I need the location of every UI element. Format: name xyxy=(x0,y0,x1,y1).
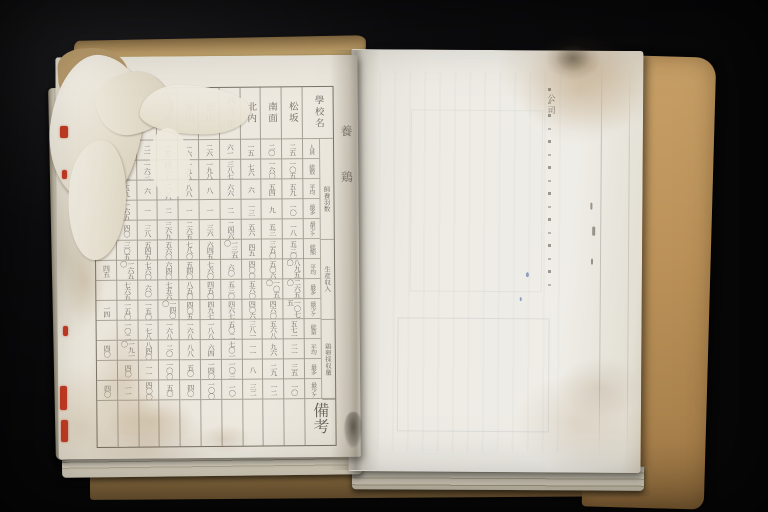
school-name-cell xyxy=(95,89,115,141)
value-cell: 五四〇 xyxy=(179,260,199,280)
value-cell: 六四 xyxy=(201,340,221,360)
value-cell: 八 xyxy=(199,180,219,200)
value-cell: 八八 xyxy=(179,180,199,200)
remarks-label-cell: 備考 xyxy=(305,399,335,445)
value-cell: 七〇一 xyxy=(222,340,242,360)
value-cell: 五三〇 xyxy=(221,280,241,300)
value-cell: 五〇六 xyxy=(262,259,282,279)
row-sub-label: 最多 xyxy=(305,359,321,379)
value-cell: 三六九 xyxy=(158,220,178,240)
row-sub-label: 最少ケ xyxy=(304,219,320,239)
value-cell: 一六八 xyxy=(159,320,179,340)
left-page: 一二四〇三五二三四五一四四〇四〇北面一二一〇二五九一六五四〇三〇五一六五〇七六五… xyxy=(55,55,360,460)
value-cell: 六〇 xyxy=(221,260,241,280)
value-cell: 一六八 xyxy=(180,320,200,340)
school-name-cell: 西斗里 xyxy=(219,88,239,140)
value-cell: 一 xyxy=(179,200,199,220)
row-sub-label: 総量 xyxy=(305,319,321,339)
value-cell: 七五六 xyxy=(159,280,179,300)
value-cell: 一九八 xyxy=(199,160,219,180)
red-binding-mark xyxy=(61,420,68,442)
value-cell: 五〇二 xyxy=(221,320,241,340)
school-name-cell: 松山 xyxy=(199,88,219,140)
value-cell: 一二 xyxy=(95,141,115,161)
value-cell: 八五〇 xyxy=(179,280,199,300)
value-cell: 一四 xyxy=(96,301,116,321)
value-cell: 一五〇 xyxy=(117,301,137,321)
school-name-cell: 松坂 xyxy=(282,87,302,139)
value-cell: 二 xyxy=(158,200,178,220)
table-header-column: 學校名人員総数平均最多最少ケ総額平均最多最少ケ総量平均最多最少ケ飼養羽数生産収入… xyxy=(302,87,335,445)
value-cell: 二四六 xyxy=(220,220,240,240)
value-cell: 一九一〇 xyxy=(118,341,138,361)
row-group-label: 生産収入 xyxy=(321,239,335,320)
value-cell: 三五 xyxy=(95,181,115,201)
red-binding-mark xyxy=(60,126,68,138)
value-cell: 六六 xyxy=(220,180,240,200)
value-cell: 五九 xyxy=(116,181,136,201)
row-sub-label: 平均 xyxy=(303,179,319,199)
value-cell: 五六〇 xyxy=(242,280,262,300)
right-page xyxy=(349,49,644,473)
row-sub-label: 平均 xyxy=(304,259,320,279)
value-cell: 一六〇 xyxy=(262,159,282,179)
school-name-cell: 沙山 xyxy=(136,88,156,140)
value-cell: 一五〇 xyxy=(138,300,158,320)
value-cell xyxy=(96,281,116,301)
value-cell: 二一 xyxy=(284,339,304,359)
value-cell: 一〇六 xyxy=(158,180,178,200)
value-cell: 二三 xyxy=(96,221,116,241)
value-cell: 六 xyxy=(137,180,157,200)
value-cell: 二五 xyxy=(282,139,302,159)
value-cell: 一一 xyxy=(118,381,138,401)
value-cell: 一五 xyxy=(241,140,261,160)
value-cell: 四〇 xyxy=(95,161,115,181)
value-cell: 一一 xyxy=(242,340,262,360)
row-group-label: 鶏卵採収量 xyxy=(322,319,336,400)
bleedthrough-grid xyxy=(377,71,566,452)
margin-title: 養鶏 xyxy=(338,125,356,285)
value-cell: 五四 xyxy=(262,179,282,199)
value-cell: 七六 xyxy=(241,160,261,180)
value-cell: 一〇五〇 xyxy=(263,279,283,299)
row-sub-label: 最多 xyxy=(304,279,320,299)
value-cell: 一六五 xyxy=(116,201,136,221)
remarks-cell xyxy=(284,399,304,445)
value-cell: 一四〇 xyxy=(201,360,221,380)
value-cell: 五六 xyxy=(241,220,261,240)
value-cell: 一六三 xyxy=(137,160,157,180)
value-cell: 六〇 xyxy=(138,280,158,300)
value-cell: 二六五〇 xyxy=(283,279,303,299)
page-edge-ink-mark xyxy=(590,203,592,210)
value-cell: 四〇 xyxy=(180,380,200,400)
value-cell: 一二 xyxy=(116,141,136,161)
value-cell: 一八八 xyxy=(201,320,221,340)
value-cell: 八四〇 xyxy=(138,340,158,360)
value-cell: 五四五 xyxy=(137,240,157,260)
value-cell: 四五 xyxy=(96,261,116,281)
value-cell: 二 xyxy=(220,200,240,220)
value-cell: 四〇 xyxy=(118,361,138,381)
value-cell: 四六〇 xyxy=(263,299,283,319)
remarks-cell xyxy=(201,400,221,446)
value-cell: 一二 xyxy=(263,379,283,399)
value-cell: 五三 xyxy=(262,219,282,239)
value-cell: 一 xyxy=(199,200,219,220)
value-cell: 四〇六 xyxy=(242,300,262,320)
value-cell: 四五〇 xyxy=(200,280,220,300)
value-cell: 七六〇 xyxy=(200,260,220,280)
value-cell: 一〇五 xyxy=(282,159,302,179)
value-cell: 一〇〇 xyxy=(159,360,179,380)
value-cell: 九六 xyxy=(263,339,283,359)
bleedthrough-rect xyxy=(397,317,550,432)
value-cell: 八八 xyxy=(180,340,200,360)
torn-ink-fragments: 公司 xyxy=(541,88,557,293)
value-cell: 一四〇〇 xyxy=(159,300,179,320)
value-cell: 一〇二 xyxy=(117,321,137,341)
value-cell: 一〇二 xyxy=(116,161,136,181)
value-cell: 七六〇 xyxy=(138,260,158,280)
remarks-cell xyxy=(180,400,200,446)
red-binding-mark xyxy=(62,170,67,179)
value-cell: 一六五〇 xyxy=(117,261,137,281)
school-name-cell: 稲川 xyxy=(157,88,177,140)
value-cell: 一〇三 xyxy=(222,360,242,380)
value-cell: 一七八 xyxy=(138,320,158,340)
value-cell: 四〇 xyxy=(116,221,136,241)
value-cell: 二〇 xyxy=(159,340,179,360)
value-cell: 二九 xyxy=(263,359,283,379)
ledger-table: 一二四〇三五二三四五一四四〇四〇北面一二一〇二五九一六五四〇三〇五一六五〇七六五… xyxy=(94,86,337,448)
value-cell: 四六七 xyxy=(221,300,241,320)
value-cell: 一六 xyxy=(178,140,198,160)
value-cell: 三六 xyxy=(200,220,220,240)
value-cell xyxy=(97,361,117,381)
value-cell: 一〇 xyxy=(284,379,304,399)
remarks-cell xyxy=(97,401,117,447)
photo-backdrop: 公司 一二四〇三五二三四五一四四〇四〇北面一二一〇二五九一六五四〇三〇五一六五〇… xyxy=(0,0,768,512)
value-cell: 二〇 xyxy=(261,139,281,159)
value-cell xyxy=(96,241,116,261)
value-cell: 四五 xyxy=(241,240,261,260)
value-cell: 一〇 xyxy=(283,199,303,219)
row-sub-label: 総数 xyxy=(303,159,319,179)
value-cell: 六四五 xyxy=(200,240,220,260)
remarks-cell xyxy=(264,399,284,445)
value-cell: 八九五〇 xyxy=(283,259,303,279)
value-cell: 六四〇 xyxy=(158,260,178,280)
row-sub-label: 総額 xyxy=(304,239,320,259)
value-cell: 一八 xyxy=(283,219,303,239)
school-name-cell: 北面 xyxy=(115,89,135,141)
red-binding-mark xyxy=(63,326,68,336)
value-cell: 七六五 xyxy=(117,281,137,301)
value-cell: 二六五 xyxy=(179,220,199,240)
value-cell: 五六〇 xyxy=(158,240,178,260)
value-cell: 五七一 xyxy=(284,319,304,339)
page-crease xyxy=(599,61,603,461)
header-title-cell: 學校名 xyxy=(302,87,332,139)
value-cell: 五〇 xyxy=(180,360,200,380)
value-cell: 五三〇 xyxy=(283,239,303,259)
school-name-cell: 安山 xyxy=(178,88,198,140)
row-sub-label: 人員 xyxy=(303,139,319,159)
value-cell: 二六 xyxy=(199,140,219,160)
value-cell: 四〇〇 xyxy=(139,380,159,400)
value-cell xyxy=(97,321,117,341)
value-cell: 四九七 xyxy=(200,300,220,320)
value-cell: 一三五〇 xyxy=(221,240,241,260)
value-cell xyxy=(96,201,116,221)
value-cell: 三八 xyxy=(137,220,157,240)
row-sub-label: 最多 xyxy=(303,199,319,219)
value-cell: 六一 xyxy=(220,140,240,160)
page-edge-ink-mark xyxy=(592,227,595,236)
bleedthrough-rect xyxy=(410,109,543,292)
value-cell: 四〇 xyxy=(97,381,117,401)
value-cell: 六 xyxy=(241,180,261,200)
value-cell: 四〇〇 xyxy=(242,260,262,280)
value-cell: 三八七 xyxy=(220,160,240,180)
value-cell: 三五〇 xyxy=(262,239,282,259)
value-cell: 四〇五 xyxy=(180,300,200,320)
row-sub-label: 平均 xyxy=(305,339,321,359)
value-cell: 三八一 xyxy=(242,320,262,340)
page-crease xyxy=(627,66,631,461)
remarks-cell xyxy=(118,401,138,447)
value-cell: 八 xyxy=(242,360,262,380)
value-cell: 一 xyxy=(137,200,157,220)
remarks-cell xyxy=(222,400,242,446)
value-cell: 一一 xyxy=(138,360,158,380)
value-cell: 五〇 xyxy=(159,380,179,400)
row-group-label: 飼養羽数 xyxy=(320,159,334,240)
remarks-cell xyxy=(243,400,263,446)
value-cell: 一九八 xyxy=(178,160,198,180)
value-cell: 三〇五 xyxy=(117,241,137,261)
value-cell: 二一 xyxy=(137,140,157,160)
remarks-cell xyxy=(160,400,180,446)
value-cell: 一〇〇 xyxy=(201,380,221,400)
remarks-cell xyxy=(139,400,159,446)
value-cell: 三五 xyxy=(284,359,304,379)
value-cell: 一〇 xyxy=(222,380,242,400)
value-cell: 四〇 xyxy=(97,341,117,361)
row-sub-label: 最少ケ xyxy=(304,299,320,319)
school-name-cell: 南面 xyxy=(261,87,281,139)
blue-ink-speck xyxy=(526,272,529,277)
value-cell: 三五 xyxy=(157,140,177,160)
school-name-cell: 北内 xyxy=(240,88,260,140)
value-cell: 五九 xyxy=(282,179,302,199)
page-edge-ink-mark xyxy=(591,259,593,265)
value-cell: 四二七 xyxy=(158,160,178,180)
value-cell: 九 xyxy=(262,199,282,219)
row-sub-label: 最少ケ xyxy=(305,379,321,399)
value-cell: 七八〇 xyxy=(179,240,199,260)
value-cell: 三二 xyxy=(243,380,263,400)
blue-ink-speck xyxy=(520,297,522,301)
value-cell: 一三 xyxy=(241,200,261,220)
red-binding-mark xyxy=(60,386,67,410)
value-cell: 一〇七五 xyxy=(284,299,304,319)
value-cell: 五六八 xyxy=(263,319,283,339)
